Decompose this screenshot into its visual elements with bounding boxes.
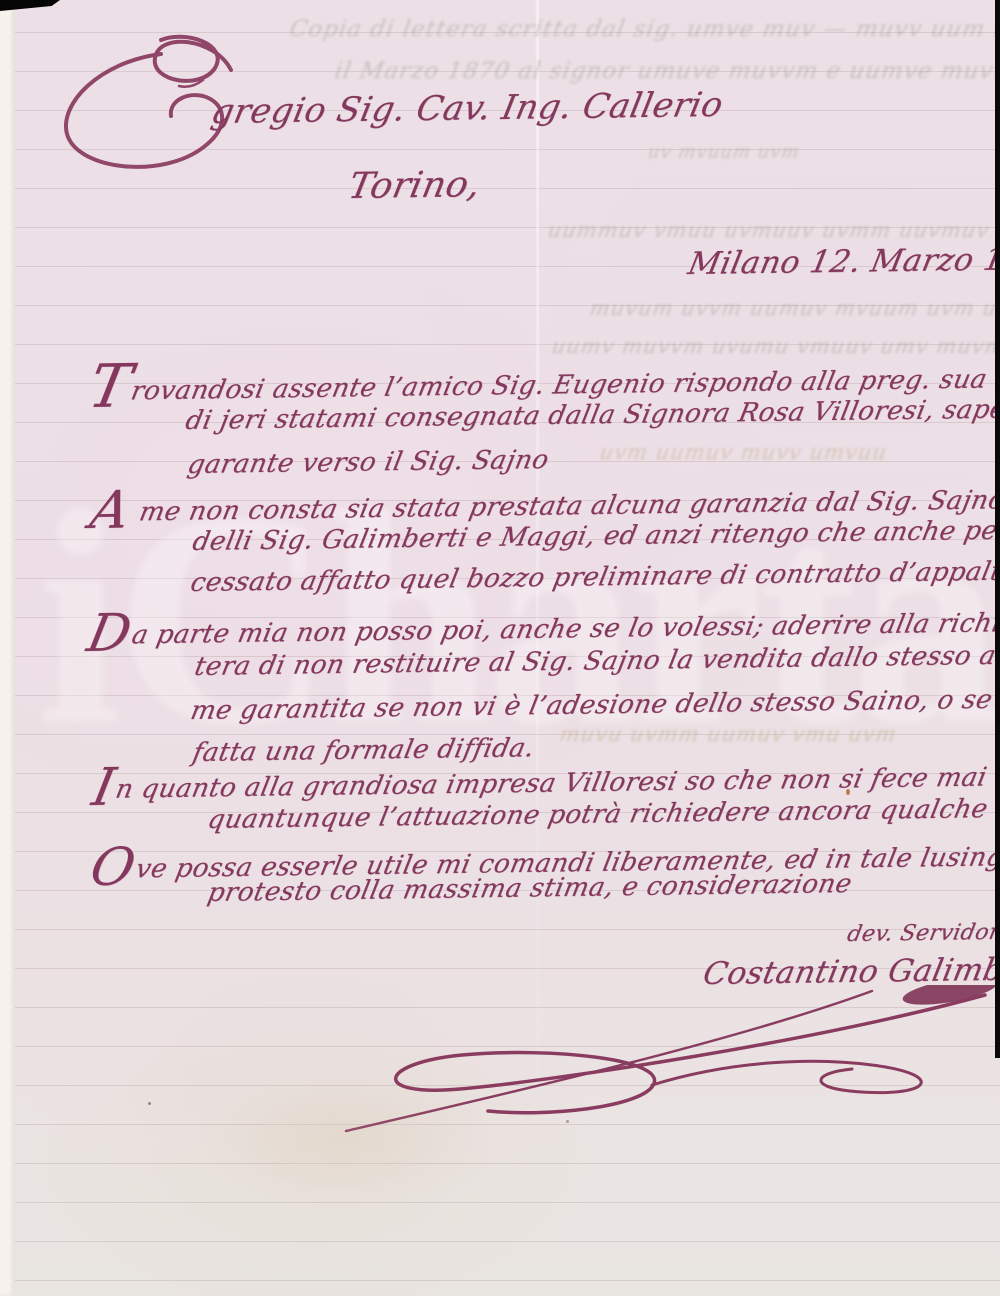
body-line: garante verso il Sig. Sajno <box>185 445 551 480</box>
salutation-line: gregio Sig. Cav. Ing. Callerio <box>208 85 727 132</box>
paper-speck <box>566 1120 569 1123</box>
paragraph-initial: A <box>87 491 133 531</box>
bleedthrough-line: uummuv vmuu uvmuuv uvmm uuvmuv muv umv <box>546 218 1000 242</box>
valediction: dev. Servidore <box>845 920 1000 947</box>
body-line: cessato affatto quel bozzo preliminare d… <box>188 556 1000 598</box>
scan-right-edge <box>995 0 1000 1058</box>
scan-left-edge <box>0 0 15 1296</box>
dateline: Milano 12. Marzo 1870 <box>685 241 1000 282</box>
recipient-city: Torino, <box>345 164 484 207</box>
paragraph-initial: O <box>87 848 138 888</box>
bleedthrough-line: muvum uvvm uumuv mvuum uvm umuvv uum <box>588 296 1000 320</box>
bleedthrough-line: Copia di lettera scritta dal sig. umve m… <box>288 16 1000 42</box>
bleedthrough-line: uvm uumuv muvv umvuu <box>598 440 889 464</box>
letter-scan-page: iCharta Copia di lettera scritta dal sig… <box>0 0 1000 1296</box>
paragraph-initial: D <box>84 614 134 654</box>
paper-speck <box>148 1102 151 1105</box>
paper-stain <box>200 1070 500 1210</box>
signature: Costantino Galimberti <box>700 951 1000 992</box>
bleedthrough-line: uv mvuum uvm <box>646 142 801 163</box>
body-line: me garantita se non vi è l’adesione dell… <box>188 683 1000 726</box>
bleedthrough-line: il Marzo 1870 al signor umuve muvvm e uu… <box>333 58 1000 84</box>
paragraph-initial: T <box>85 364 134 409</box>
signature-flourish <box>250 985 1000 1135</box>
bleedthrough-line: muvu uvmm uumuv vmu uvm <box>558 722 899 746</box>
